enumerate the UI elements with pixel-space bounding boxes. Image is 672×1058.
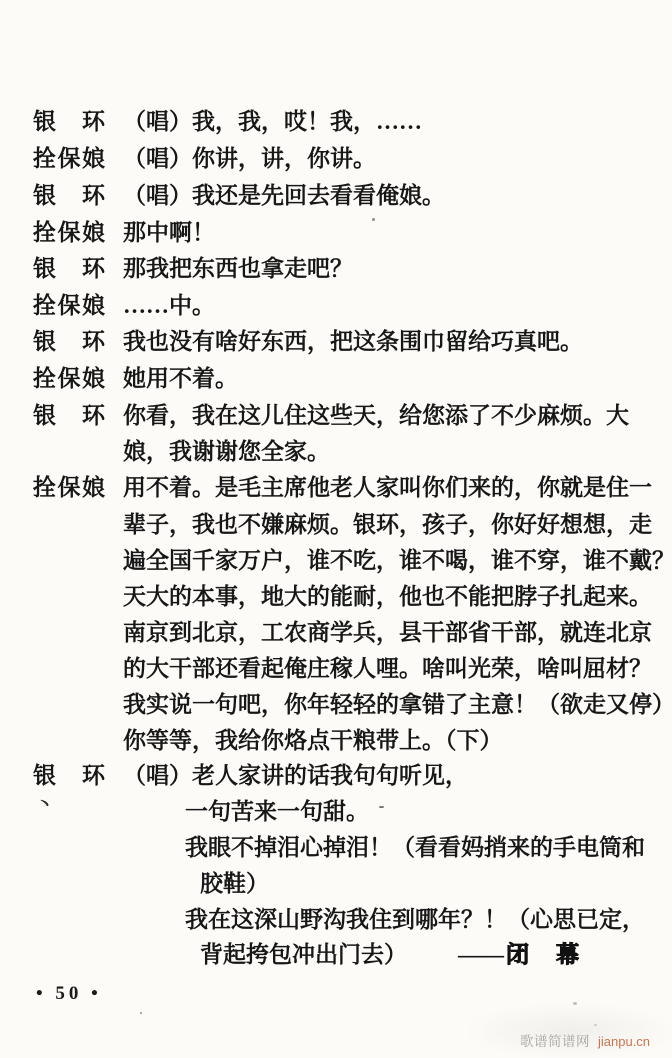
stray-ink-mark: 丶 xyxy=(34,789,54,816)
scan-speck xyxy=(379,806,384,808)
verse-text: 我眼不掉泪心掉泪！（看看妈捎来的手电筒和 xyxy=(185,834,645,862)
dialogue-text: 那中啊！ xyxy=(123,219,215,247)
dialogue-text: 我实说一句吧，你年轻轻的拿错了主意！（欲走又停） xyxy=(123,691,672,719)
watermark-site-name: 歌谱简谱网 xyxy=(520,1034,590,1049)
script-line: 拴保娘 用不着。是毛主席他老人家叫你们来的，你就是住一 xyxy=(33,474,652,502)
script-line: 拴保娘 那中啊！ xyxy=(33,219,215,247)
script-line: 银环 我也没有啥好东西，把这条围巾留给巧真吧。 xyxy=(33,328,583,356)
curtain-label: 闭 幕 xyxy=(506,942,581,967)
script-line: 胶鞋） xyxy=(33,870,269,898)
scan-speck xyxy=(573,1002,577,1005)
script-line: 我眼不掉泪心掉泪！（看看妈捎来的手电筒和 xyxy=(33,834,645,862)
verse-text: 背起挎包冲出门去） xyxy=(200,941,407,969)
script-line: 的大干部还看起俺庄稼人哩。啥叫光荣，啥叫屈材？ xyxy=(33,655,652,683)
dialogue-text: 的大干部还看起俺庄稼人哩。啥叫光荣，啥叫屈材？ xyxy=(123,655,652,683)
curtain-dash: —— xyxy=(458,942,504,967)
verse-text: 胶鞋） xyxy=(200,870,269,898)
verse-text: 一句苦来一句甜。 xyxy=(185,798,369,826)
script-line: 拴保娘 她用不着。 xyxy=(33,365,238,393)
script-line: 我实说一句吧，你年轻轻的拿错了主意！（欲走又停） xyxy=(33,691,672,719)
dialogue-text: 娘，我谢谢您全家。 xyxy=(123,438,330,466)
script-line: 银环 （唱）我，我，哎！我，…… xyxy=(33,108,422,136)
dialogue-text: ……中。 xyxy=(123,292,215,320)
script-line: 南京到北京，工农商学兵，县干部省干部，就连北京 xyxy=(33,619,652,647)
script-line: 银环 （唱）我还是先回去看看俺娘。 xyxy=(33,182,445,210)
script-line: 拴保娘 ……中。 xyxy=(33,292,215,320)
scan-speck xyxy=(140,1012,142,1014)
dialogue-text: 她用不着。 xyxy=(123,365,238,393)
dialogue-text: 那我把东西也拿走吧？ xyxy=(123,255,353,283)
speaker-name: 拴保娘 xyxy=(33,219,105,247)
dialogue-text: 天大的本事，地大的能耐，他也不能把脖子扎起来。 xyxy=(123,583,652,611)
speaker-name: 拴保娘 xyxy=(33,145,105,173)
script-line: 天大的本事，地大的能耐，他也不能把脖子扎起来。 xyxy=(33,583,652,611)
script-line: 你等等，我给你烙点干粮带上。（下） xyxy=(33,727,503,755)
speaker-name: 银环 xyxy=(33,182,105,210)
script-line: 银环 你看，我在这儿住这些天，给您添了不少麻烦。大 xyxy=(33,402,629,430)
script-line: 银环 那我把东西也拿走吧？ xyxy=(33,255,353,283)
script-line: 背起挎包冲出门去） xyxy=(33,941,407,969)
dialogue-text: 你看，我在这儿住这些天，给您添了不少麻烦。大 xyxy=(123,402,629,430)
dialogue-text: 我也没有啥好东西，把这条围巾留给巧真吧。 xyxy=(123,328,583,356)
scan-speck xyxy=(594,1024,597,1026)
page-number: • 50 • xyxy=(36,983,102,1005)
speaker-name: 拴保娘 xyxy=(33,365,105,393)
script-page: 银环 （唱）我，我，哎！我，…… 拴保娘 （唱）你讲，讲，你讲。 银环 （唱）我… xyxy=(0,0,672,1058)
speaker-name: 银环 xyxy=(33,328,105,356)
dialogue-text: （唱）我还是先回去看看俺娘。 xyxy=(123,182,445,210)
dialogue-text: 南京到北京，工农商学兵，县干部省干部，就连北京 xyxy=(123,619,652,647)
speaker-name: 拴保娘 xyxy=(33,474,105,502)
script-line: 遍全国千家万户，谁不吃，谁不喝，谁不穿，谁不戴？ xyxy=(33,547,672,575)
script-line: 我在这深山野沟我住到哪年？！（心思已定， xyxy=(33,906,645,934)
speaker-name: 银环 xyxy=(33,402,105,430)
dialogue-text: 用不着。是毛主席他老人家叫你们来的，你就是住一 xyxy=(123,474,652,502)
speaker-name: 银环 xyxy=(33,762,105,790)
script-line: 一句苦来一句甜。 xyxy=(33,798,369,826)
dialogue-text: （唱）老人家讲的话我句句听见， xyxy=(123,762,468,790)
speaker-name: 银环 xyxy=(33,255,105,283)
speaker-name: 银环 xyxy=(33,108,105,136)
script-line: 娘，我谢谢您全家。 xyxy=(33,438,330,466)
script-line: 辈子，我也不嫌麻烦。银环，孩子，你好好想想，走 xyxy=(33,511,652,539)
dialogue-text: （唱）我，我，哎！我，…… xyxy=(123,108,422,136)
dialogue-text: （唱）你讲，讲，你讲。 xyxy=(123,145,376,173)
verse-text: 我在这深山野沟我住到哪年？！（心思已定， xyxy=(185,906,645,934)
dialogue-text: 辈子，我也不嫌麻烦。银环，孩子，你好好想想，走 xyxy=(123,511,652,539)
dialogue-text: 你等等，我给你烙点干粮带上。（下） xyxy=(123,727,503,755)
script-line: 拴保娘 （唱）你讲，讲，你讲。 xyxy=(33,145,376,173)
watermark: 歌谱简谱网 jianpu.cn xyxy=(520,1030,650,1051)
scan-speck xyxy=(372,218,375,221)
watermark-site-url: jianpu.cn xyxy=(598,1034,650,1049)
dialogue-text: 遍全国千家万户，谁不吃，谁不喝，谁不穿，谁不戴？ xyxy=(123,547,672,575)
script-line: 银环 （唱）老人家讲的话我句句听见， xyxy=(33,762,468,790)
curtain-call: ——闭 幕 xyxy=(458,941,581,969)
speaker-name: 拴保娘 xyxy=(33,292,105,320)
